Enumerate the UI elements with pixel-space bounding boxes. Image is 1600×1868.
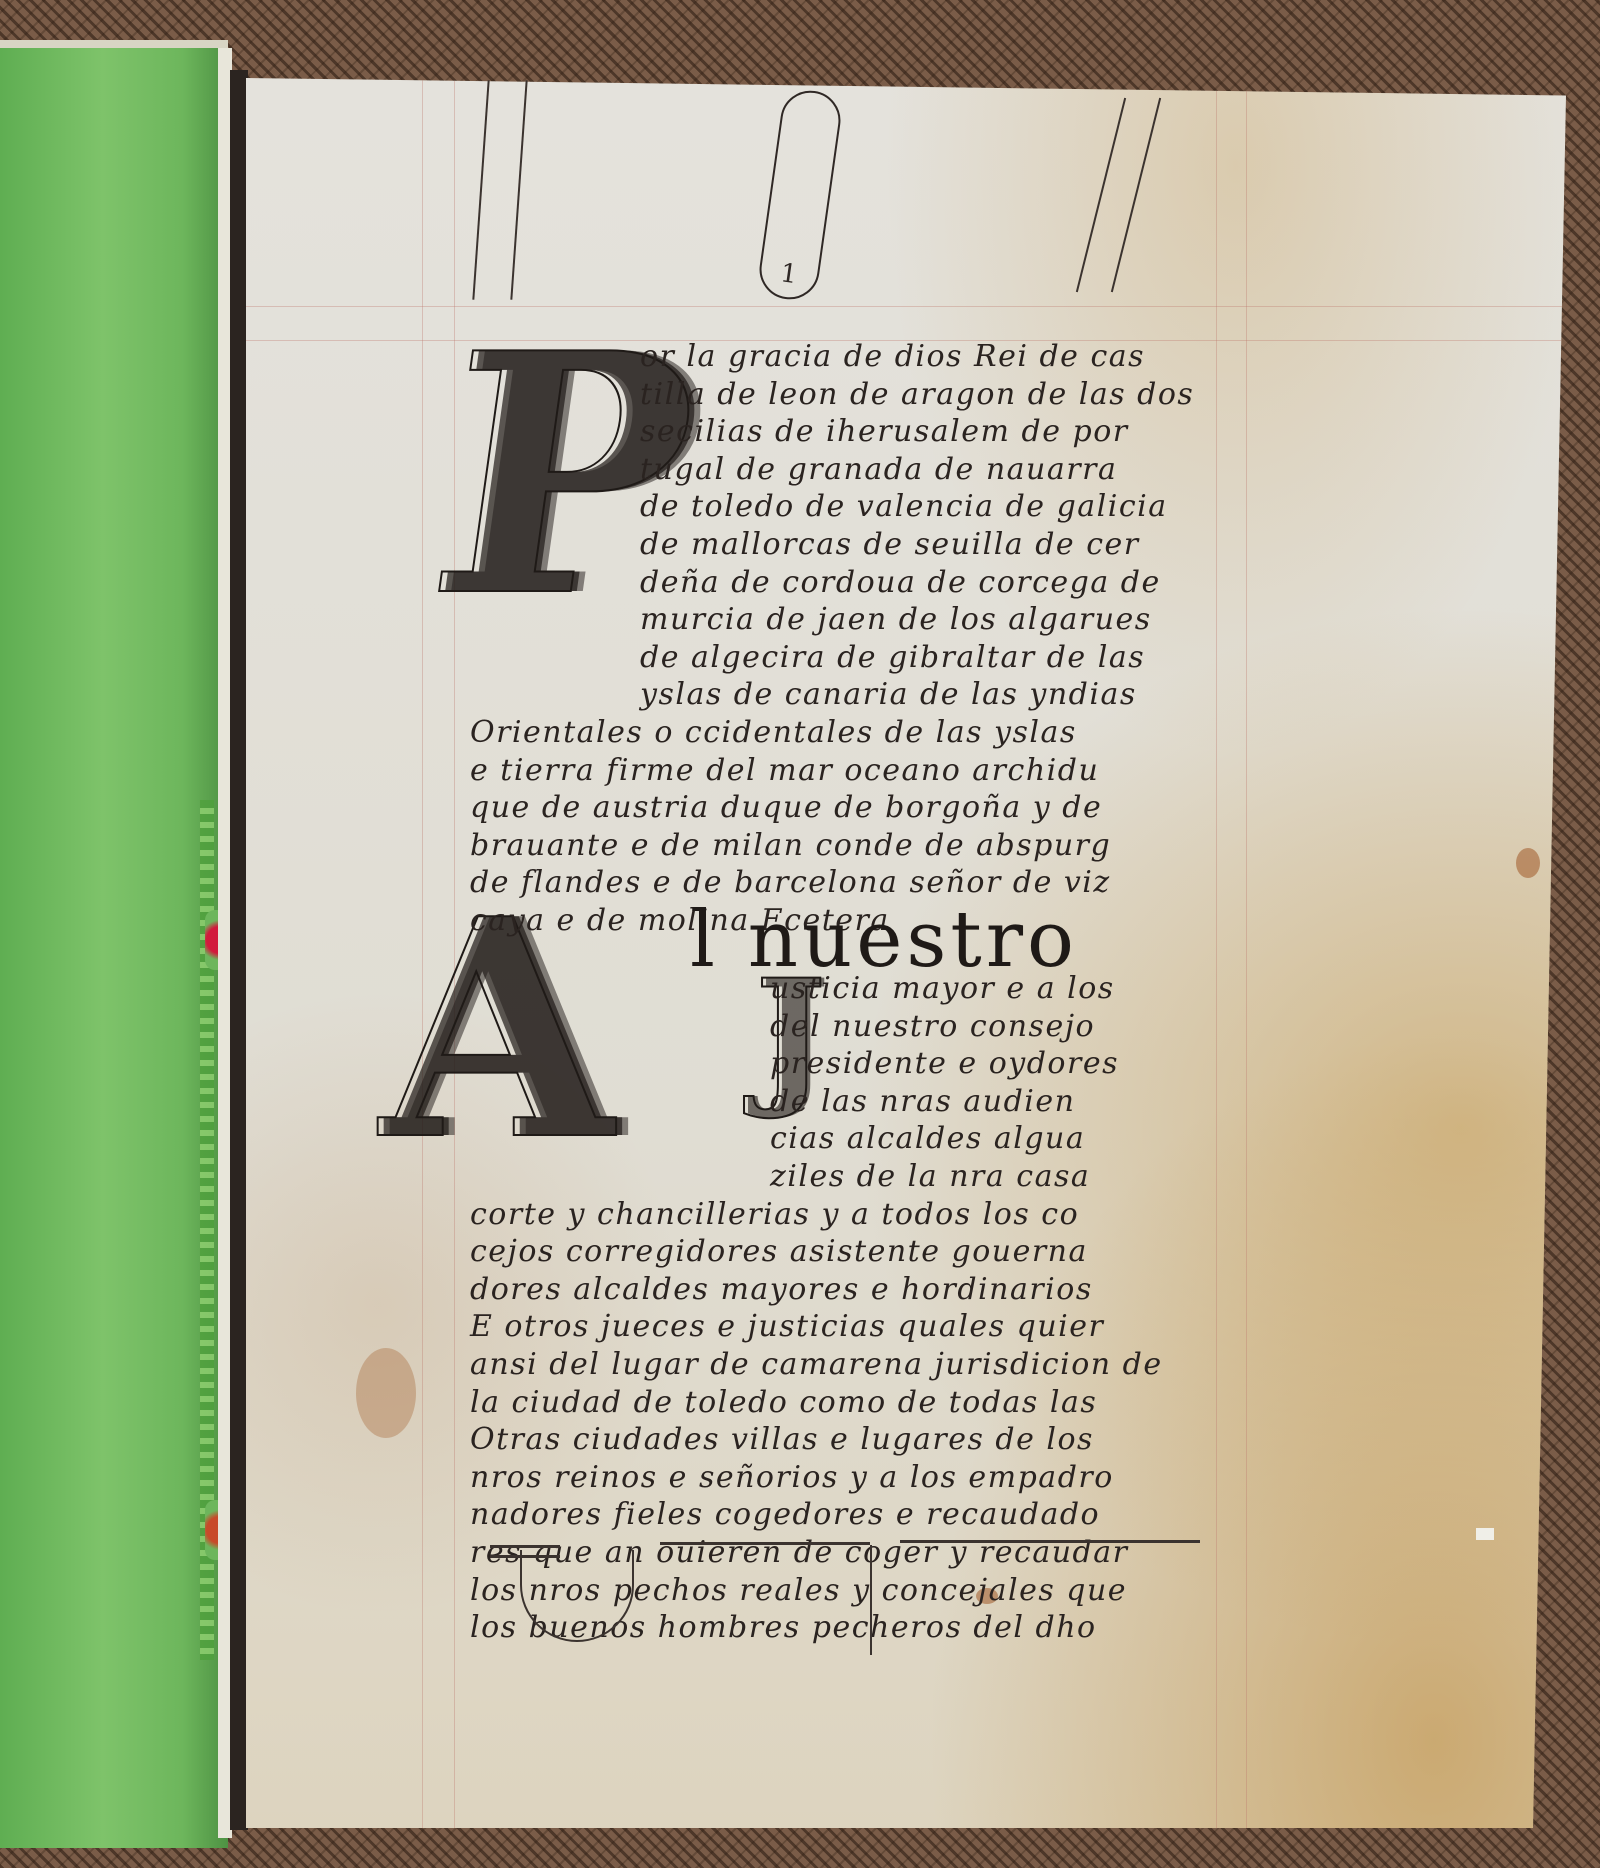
text-line: nadores fieles cogedores e recaudado [470, 1496, 1210, 1534]
manuscript-text-block-1: or la gracia de dios Rei de cas tilla de… [470, 338, 1210, 940]
text-line: brauante e de milan conde de abspurg [470, 827, 1210, 865]
book-gutter [230, 70, 248, 1830]
text-line: del nuestro consejo [470, 1008, 1210, 1046]
decorative-rule [900, 1540, 1200, 1543]
text-line: yslas de canaria de las yndias [470, 676, 1210, 714]
ruling-line [246, 306, 1566, 307]
page-tear [1476, 1528, 1494, 1540]
text-line: deña de cordoua de corcega de [470, 564, 1210, 602]
text-line: usticia mayor e a los [470, 970, 1210, 1008]
text-line: secilias de iherusalem de por [470, 413, 1210, 451]
text-line: ziles de la nra casa [470, 1158, 1210, 1196]
text-line: cejos corregidores asistente gouerna [470, 1233, 1210, 1271]
decorative-rule [660, 1542, 870, 1545]
text-line: de mallorcas de seuilla de cer [470, 526, 1210, 564]
text-line: Otras ciudades villas e lugares de los [470, 1421, 1210, 1459]
text-line: de algecira de gibraltar de las [470, 639, 1210, 677]
text-line: E otros jueces e justicias quales quier [470, 1308, 1210, 1346]
manuscript-text-block-2: usticia mayor e a los del nuestro consej… [470, 970, 1210, 1647]
margin-ruling [1246, 78, 1247, 1828]
text-line: murcia de jaen de los algarues [470, 601, 1210, 639]
text-line: tugal de granada de nauarra [470, 451, 1210, 489]
text-line: de las nras audien [470, 1083, 1210, 1121]
text-line: dores alcaldes mayores e hordinarios [470, 1271, 1210, 1309]
text-line: que de austria duque de borgoña y de [470, 789, 1210, 827]
text-line: or la gracia de dios Rei de cas [470, 338, 1210, 376]
text-line: tilla de leon de aragon de las dos [470, 376, 1210, 414]
signature-flourish [870, 1545, 872, 1655]
text-line: e tierra firme del mar oceano archidu [470, 752, 1210, 790]
folio-number: 1 [779, 258, 800, 290]
text-line: presidente e oydores [470, 1045, 1210, 1083]
decorative-rule [490, 1545, 560, 1548]
green-book-cover [0, 40, 228, 1848]
text-line: corte y chancillerias y a todos los co [470, 1196, 1210, 1234]
stain [1516, 848, 1540, 878]
text-line: ansi del lugar de camarena jurisdicion d… [470, 1346, 1210, 1384]
text-line: cias alcaldes algua [470, 1120, 1210, 1158]
margin-ruling [1216, 78, 1217, 1828]
stain [356, 1348, 416, 1438]
text-line: la ciudad de toledo como de todas las [470, 1384, 1210, 1422]
text-line: nros reinos e señorios y a los empadro [470, 1459, 1210, 1497]
text-line: de toledo de valencia de galicia [470, 488, 1210, 526]
text-line: Orientales o ccidentales de las yslas [470, 714, 1210, 752]
